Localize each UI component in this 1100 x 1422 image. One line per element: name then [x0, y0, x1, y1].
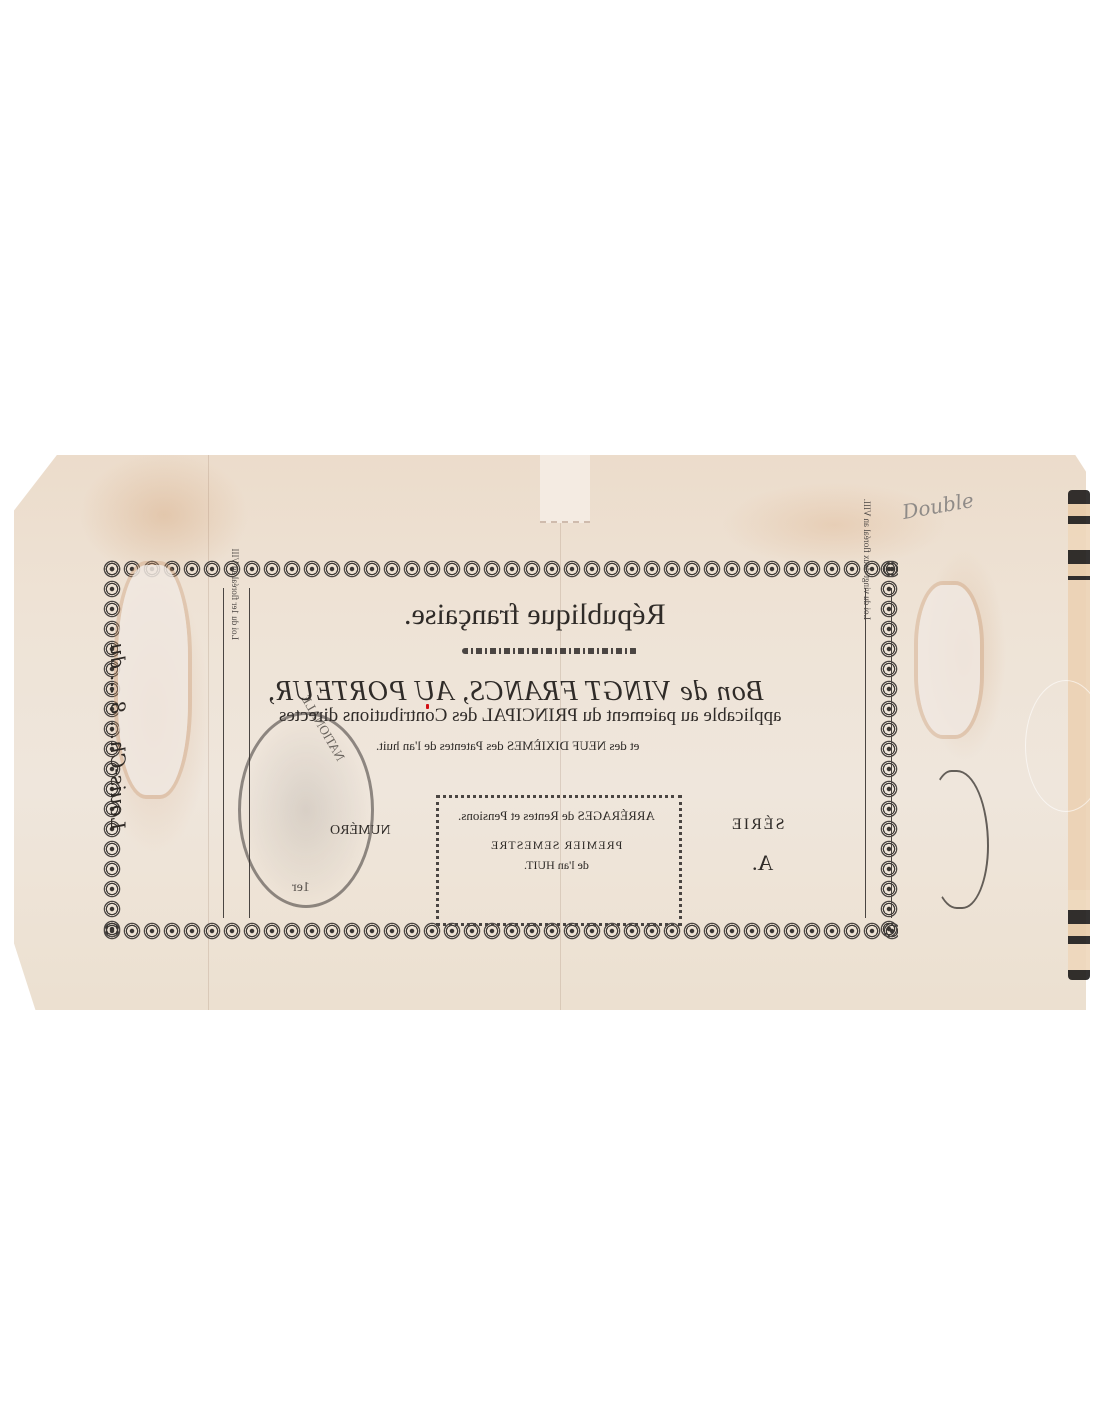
box-text-2: PREMIER SEMESTRE [490, 838, 622, 853]
stamp-bottom-inner: 1er [292, 880, 310, 896]
border-top [103, 560, 898, 578]
box-line-3: de l'an HUIT. [436, 858, 676, 873]
right-vertical-legend: Loi du vingt-deux floréal an VIII. [862, 499, 872, 620]
serie-value: A. [752, 850, 773, 876]
embossed-seal [1025, 680, 1100, 812]
serie-label-text: SÉRIE [730, 816, 784, 834]
bond-headline: Bon de VINGT FRANCS, AU PORTEUR, [0, 676, 1100, 708]
left-vertical-legend: Loi du 1er floréal an VIII [230, 548, 240, 640]
document-title: République française. [0, 598, 1100, 632]
headline-text: Bon de VINGT FRANCS, AU PORTEUR, [267, 676, 764, 708]
official-stamp [238, 712, 374, 908]
serie-value-text: A. [752, 850, 773, 876]
applicable-line: applicable au paiement du PRINCIPAL des … [0, 705, 1100, 727]
stamp-bottom: 1er [292, 880, 310, 896]
paper-tape-patch [540, 455, 590, 523]
title-flourish [462, 648, 638, 654]
box-text-1: ARRÉRAGES de Rentes et Pensions. [458, 808, 655, 824]
handwritten-annotation: Louis-Ch… 8 … du [106, 643, 130, 830]
neuf-text: et des NEUF DIXIÈMES des Patentes de l'a… [376, 738, 639, 754]
title-text: République française. [404, 598, 666, 632]
serie-label: SÉRIE [730, 816, 784, 834]
neuf-line: et des NEUF DIXIÈMES des Patentes de l'a… [0, 738, 1100, 754]
box-line-2: PREMIER SEMESTRE [436, 838, 676, 853]
applicable-text: applicable au paiement du PRINCIPAL des … [279, 705, 782, 727]
box-line-1: ARRÉRAGES de Rentes et Pensions. [436, 808, 676, 824]
box-text-3: de l'an HUIT. [524, 858, 589, 873]
